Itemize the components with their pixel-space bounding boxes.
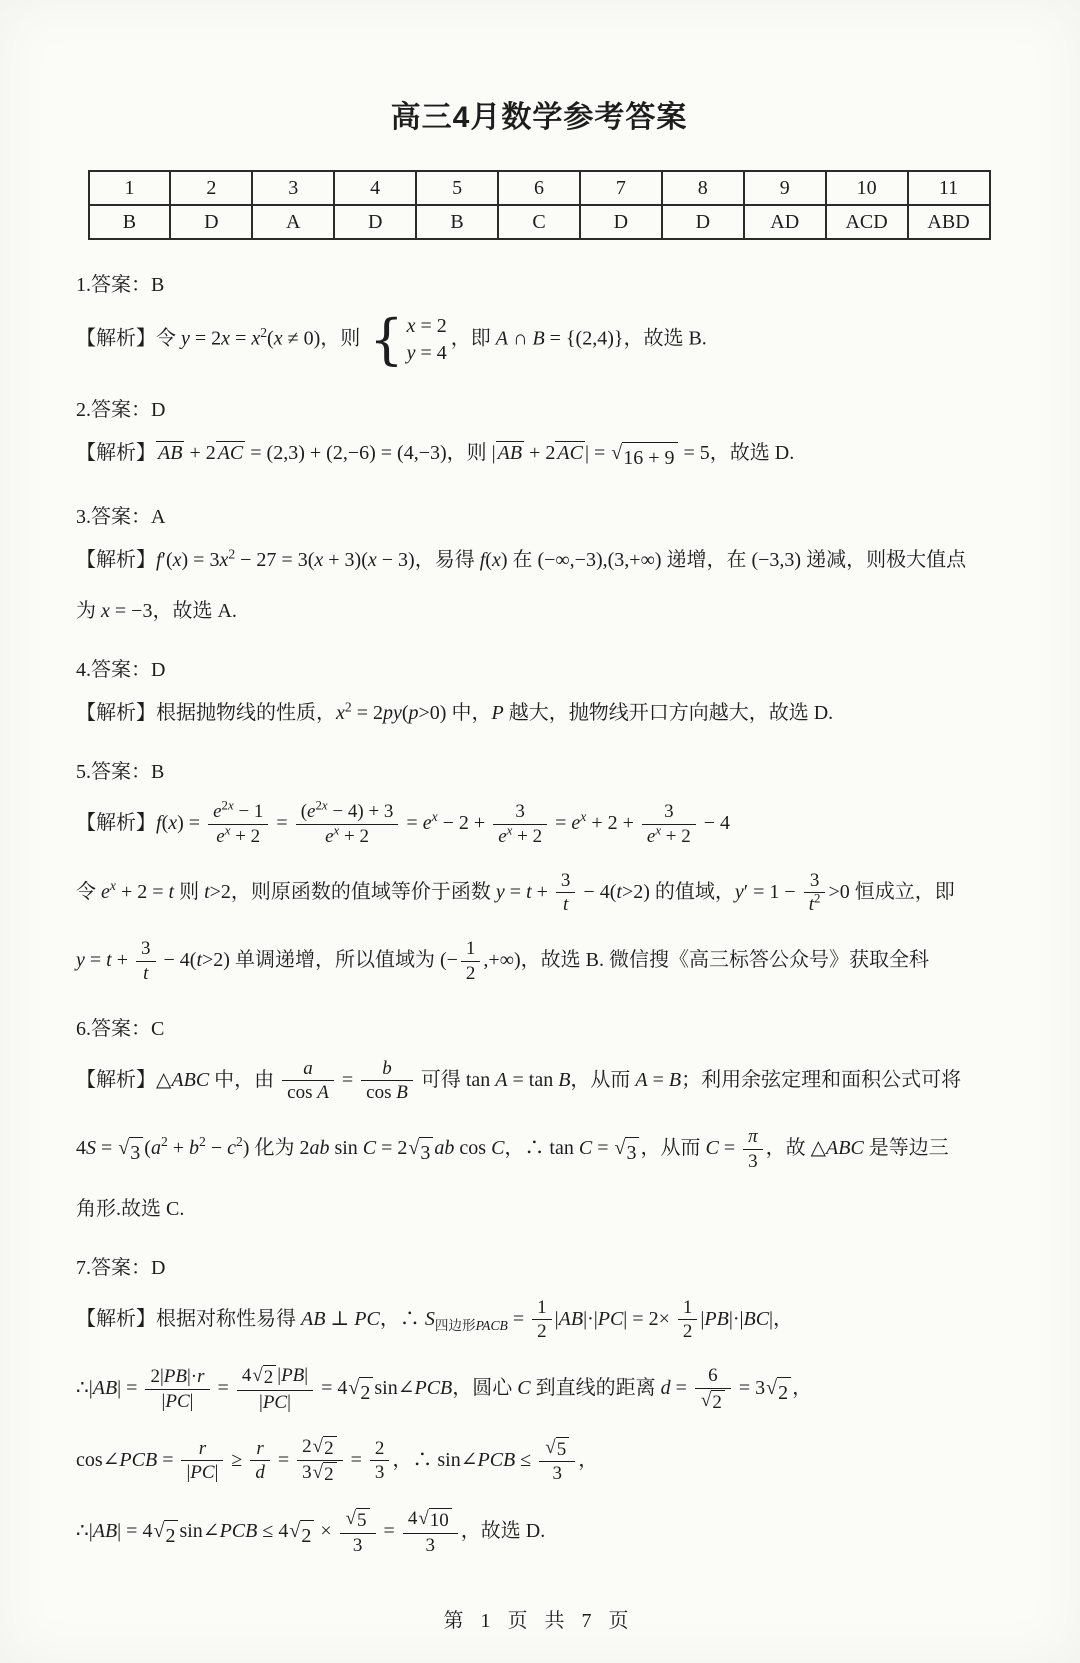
- answer-table-row: 1234567891011: [89, 171, 990, 205]
- fraction: 3t: [136, 937, 156, 986]
- answer-line: 3.答案：A: [76, 500, 1002, 529]
- solution-line: 【解析】△ABC 中，由 acos A = bcos B 可得 tan A = …: [76, 1057, 1002, 1106]
- question-number-cell: 1: [89, 171, 171, 205]
- fraction: 2√23√2: [297, 1435, 342, 1488]
- answer-cell: AD: [744, 205, 826, 239]
- solution-line: 为 x = −3，故选 A.: [76, 596, 1002, 627]
- question-number-cell: 11: [908, 171, 990, 205]
- vector-overline: AC: [555, 441, 585, 465]
- solution-line: ∴|AB| = 2|PB|·r|PC| = 4√2|PB||PC| = 4√2s…: [76, 1364, 1002, 1415]
- answer-line: 6.答案：C: [76, 1012, 1002, 1041]
- radical: √2: [313, 1436, 337, 1461]
- fraction: 3t2: [804, 869, 826, 918]
- solution-line: 令 ex + 2 = t 则 t>2，则原函数的值域等价于函数 y = t + …: [76, 869, 1002, 918]
- solutions-section: 1.答案：B【解析】令 y = 2x = x2(x ≠ 0)，则 {x = 2y…: [76, 268, 1002, 1558]
- solution-line: 【解析】根据对称性易得 AB ⊥ PC，∴ S四边形PACB = 12|AB|·…: [76, 1296, 1002, 1345]
- solution-line: ∴|AB| = 4√2sin∠PCB ≤ 4√2 × √53 = 4√103，故…: [76, 1507, 1002, 1558]
- document-page: 高三4月数学参考答案 1234567891011BDADBCDDADACDABD…: [0, 0, 1080, 1663]
- fraction: 2|PB|·r|PC|: [145, 1365, 209, 1414]
- radical: √3: [408, 1137, 433, 1169]
- radical: √3: [118, 1137, 143, 1169]
- answer-table-row: BDADBCDDADACDABD: [89, 205, 990, 239]
- answer-line: 2.答案：D: [76, 393, 1002, 422]
- solution-line: y = t + 3t − 4(t>2) 单调递增，所以值域为 (−12,+∞)，…: [76, 937, 1002, 986]
- fraction: bcos B: [361, 1057, 413, 1106]
- question-number-cell: 8: [662, 171, 744, 205]
- radical: √2: [766, 1377, 791, 1409]
- answer-cell: ABD: [908, 205, 990, 239]
- answer-cell: C: [498, 205, 580, 239]
- fraction: 3ex + 2: [493, 800, 547, 849]
- radical: √5: [545, 1437, 569, 1462]
- radical: √16 + 9: [611, 442, 677, 474]
- fraction: π3: [743, 1125, 763, 1174]
- answer-line: 1.答案：B: [76, 268, 1002, 297]
- radical: √10: [418, 1508, 451, 1533]
- fraction: 12: [678, 1296, 698, 1345]
- fraction: e2x − 1ex + 2: [208, 800, 268, 849]
- solution-line: cos∠PCB = r|PC| ≥ rd = 2√23√2 = 23，∴ sin…: [76, 1435, 1002, 1488]
- answer-cell: D: [170, 205, 252, 239]
- answer-cell: D: [662, 205, 744, 239]
- fraction: 4√103: [403, 1507, 458, 1558]
- radical: √2: [289, 1520, 314, 1552]
- vector-overline: AB: [496, 441, 524, 465]
- solution-line: 角形.故选 C.: [76, 1194, 1002, 1225]
- answer-line: 5.答案：B: [76, 755, 1002, 784]
- page-footer: 第 1 页 共 7 页: [76, 1604, 1002, 1633]
- fraction: 4√2|PB||PC|: [237, 1364, 313, 1415]
- answer-line: 7.答案：D: [76, 1251, 1002, 1280]
- answer-cell: ACD: [826, 205, 908, 239]
- solution-line: 【解析】AB + 2AC = (2,3) + (2,−6) = (4,−3)，则…: [76, 438, 1002, 474]
- answer-cell: B: [89, 205, 171, 239]
- radical: √2: [348, 1377, 373, 1409]
- question-number-cell: 10: [826, 171, 908, 205]
- question-number-cell: 7: [580, 171, 662, 205]
- fraction: rd: [250, 1437, 270, 1486]
- radical: √2: [252, 1365, 276, 1390]
- question-number-cell: 2: [170, 171, 252, 205]
- vector-overline: AC: [216, 441, 246, 465]
- fraction: 12: [461, 937, 481, 986]
- fraction: r|PC|: [181, 1437, 223, 1486]
- solution-line: 4S = √3(a2 + b2 − c2) 化为 2ab sin C = 2√3…: [76, 1125, 1002, 1174]
- answer-line: 4.答案：D: [76, 653, 1002, 682]
- fraction: 6√2: [695, 1364, 731, 1415]
- fraction: 23: [370, 1437, 390, 1486]
- question-number-cell: 6: [498, 171, 580, 205]
- fraction: 3ex + 2: [642, 800, 696, 849]
- radical: √5: [346, 1508, 370, 1533]
- vector-overline: AB: [156, 441, 184, 465]
- page-title: 高三4月数学参考答案: [76, 92, 1002, 136]
- question-number-cell: 9: [744, 171, 826, 205]
- cases-brace: {x = 2y = 4: [369, 313, 447, 367]
- answer-cell: D: [334, 205, 416, 239]
- question-number-cell: 4: [334, 171, 416, 205]
- radical: √2: [153, 1520, 178, 1552]
- solution-line: 【解析】令 y = 2x = x2(x ≠ 0)，则 {x = 2y = 4，即…: [76, 313, 1002, 367]
- radical: √2: [701, 1390, 725, 1415]
- solution-line: 【解析】f′(x) = 3x2 − 27 = 3(x + 3)(x − 3)，易…: [76, 545, 1002, 576]
- answer-cell: B: [416, 205, 498, 239]
- solution-line: 【解析】f(x) = e2x − 1ex + 2 = (e2x − 4) + 3…: [76, 800, 1002, 849]
- fraction: 12: [532, 1296, 552, 1345]
- fraction: acos A: [282, 1057, 334, 1106]
- radical: √2: [313, 1462, 337, 1487]
- answer-table: 1234567891011BDADBCDDADACDABD: [88, 170, 991, 240]
- fraction: √53: [539, 1436, 575, 1487]
- fraction: √53: [340, 1507, 376, 1558]
- question-number-cell: 5: [416, 171, 498, 205]
- answer-cell: A: [252, 205, 334, 239]
- radical: √3: [614, 1137, 639, 1169]
- answer-cell: D: [580, 205, 662, 239]
- solution-line: 【解析】根据抛物线的性质，x2 = 2py(p>0) 中，P 越大，抛物线开口方…: [76, 698, 1002, 729]
- fraction: (e2x − 4) + 3ex + 2: [296, 800, 399, 849]
- question-number-cell: 3: [252, 171, 334, 205]
- fraction: 3t: [556, 869, 576, 918]
